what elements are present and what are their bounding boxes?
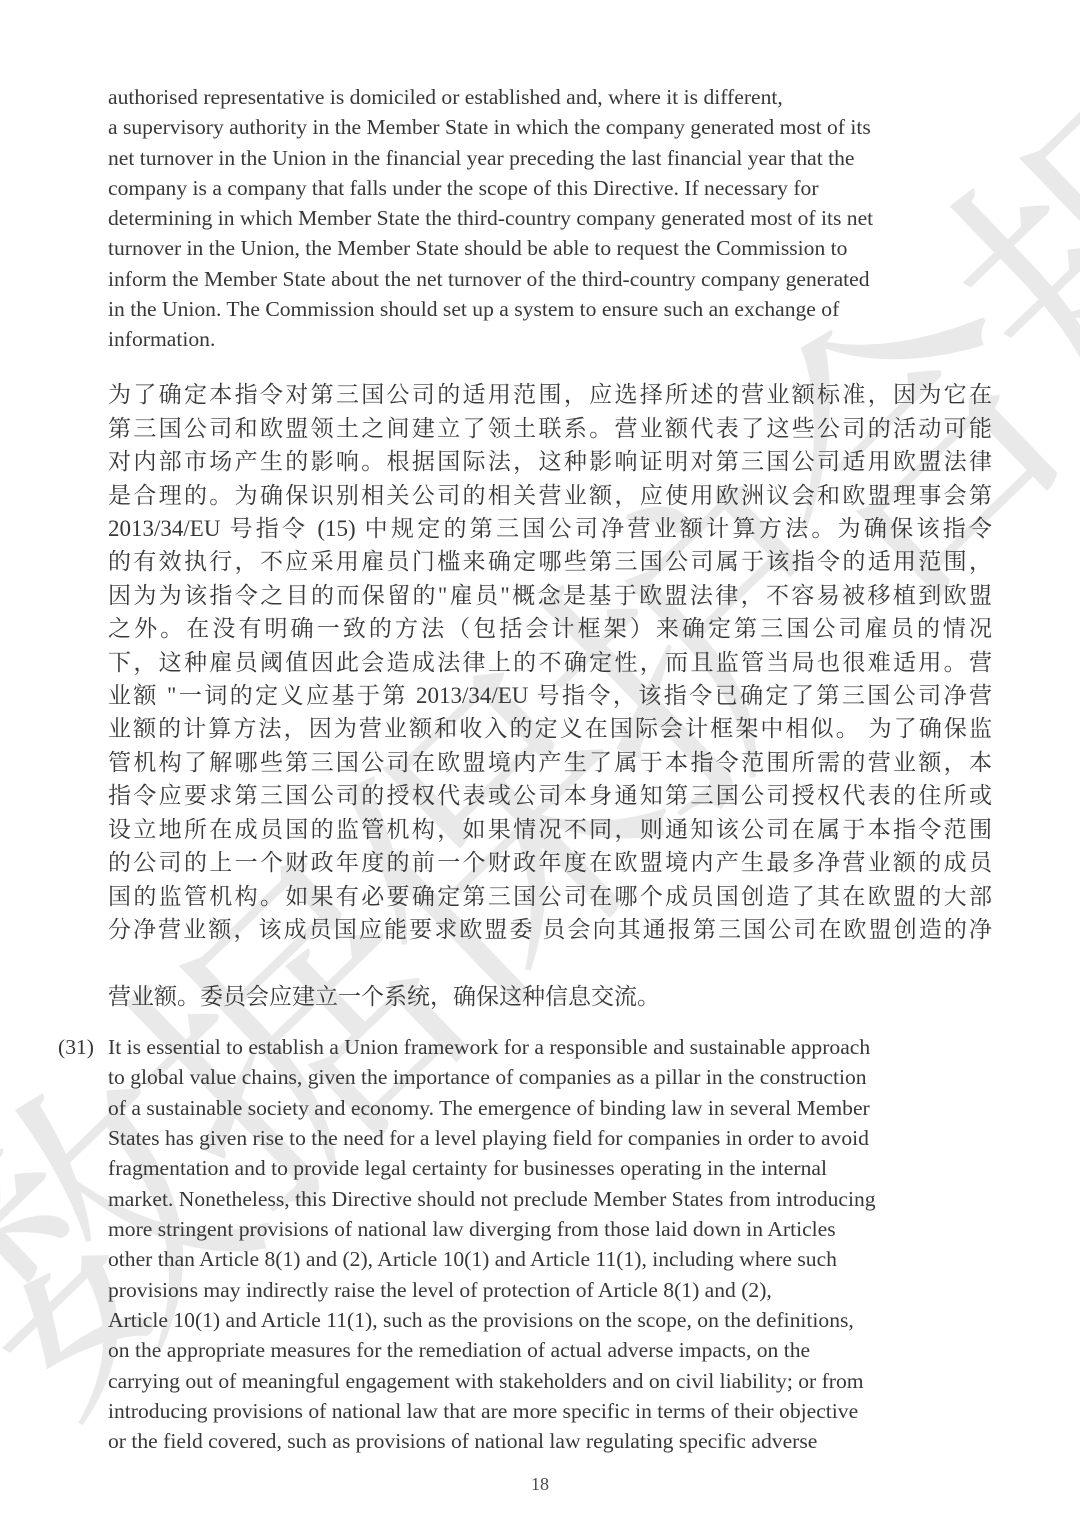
- recital-31-number-label: (31): [58, 1032, 94, 1062]
- page-number: 18: [0, 1474, 1080, 1495]
- recital-31-block: (31) It is essential to establish a Unio…: [108, 1032, 1058, 1457]
- recital-30-english-text: authorised representative is domiciled o…: [108, 82, 1058, 355]
- recital-30-chinese-main-text: 为了确定本指令对第三国公司的适用范围，应选择所述的营业额标准，因为它在 第三国公…: [108, 378, 992, 946]
- document-page: 数据保护合规 authorised representative is domi…: [0, 0, 1080, 1527]
- recital-30-chinese-block: 为了确定本指令对第三国公司的适用范围，应选择所述的营业额标准，因为它在 第三国公…: [108, 345, 992, 1047]
- recital-31-english-text: It is essential to establish a Union fra…: [108, 1032, 1058, 1457]
- recital-30-chinese-last-line: 营业额。委员会应建立一个系统，确保这种信息交流。: [108, 980, 992, 1013]
